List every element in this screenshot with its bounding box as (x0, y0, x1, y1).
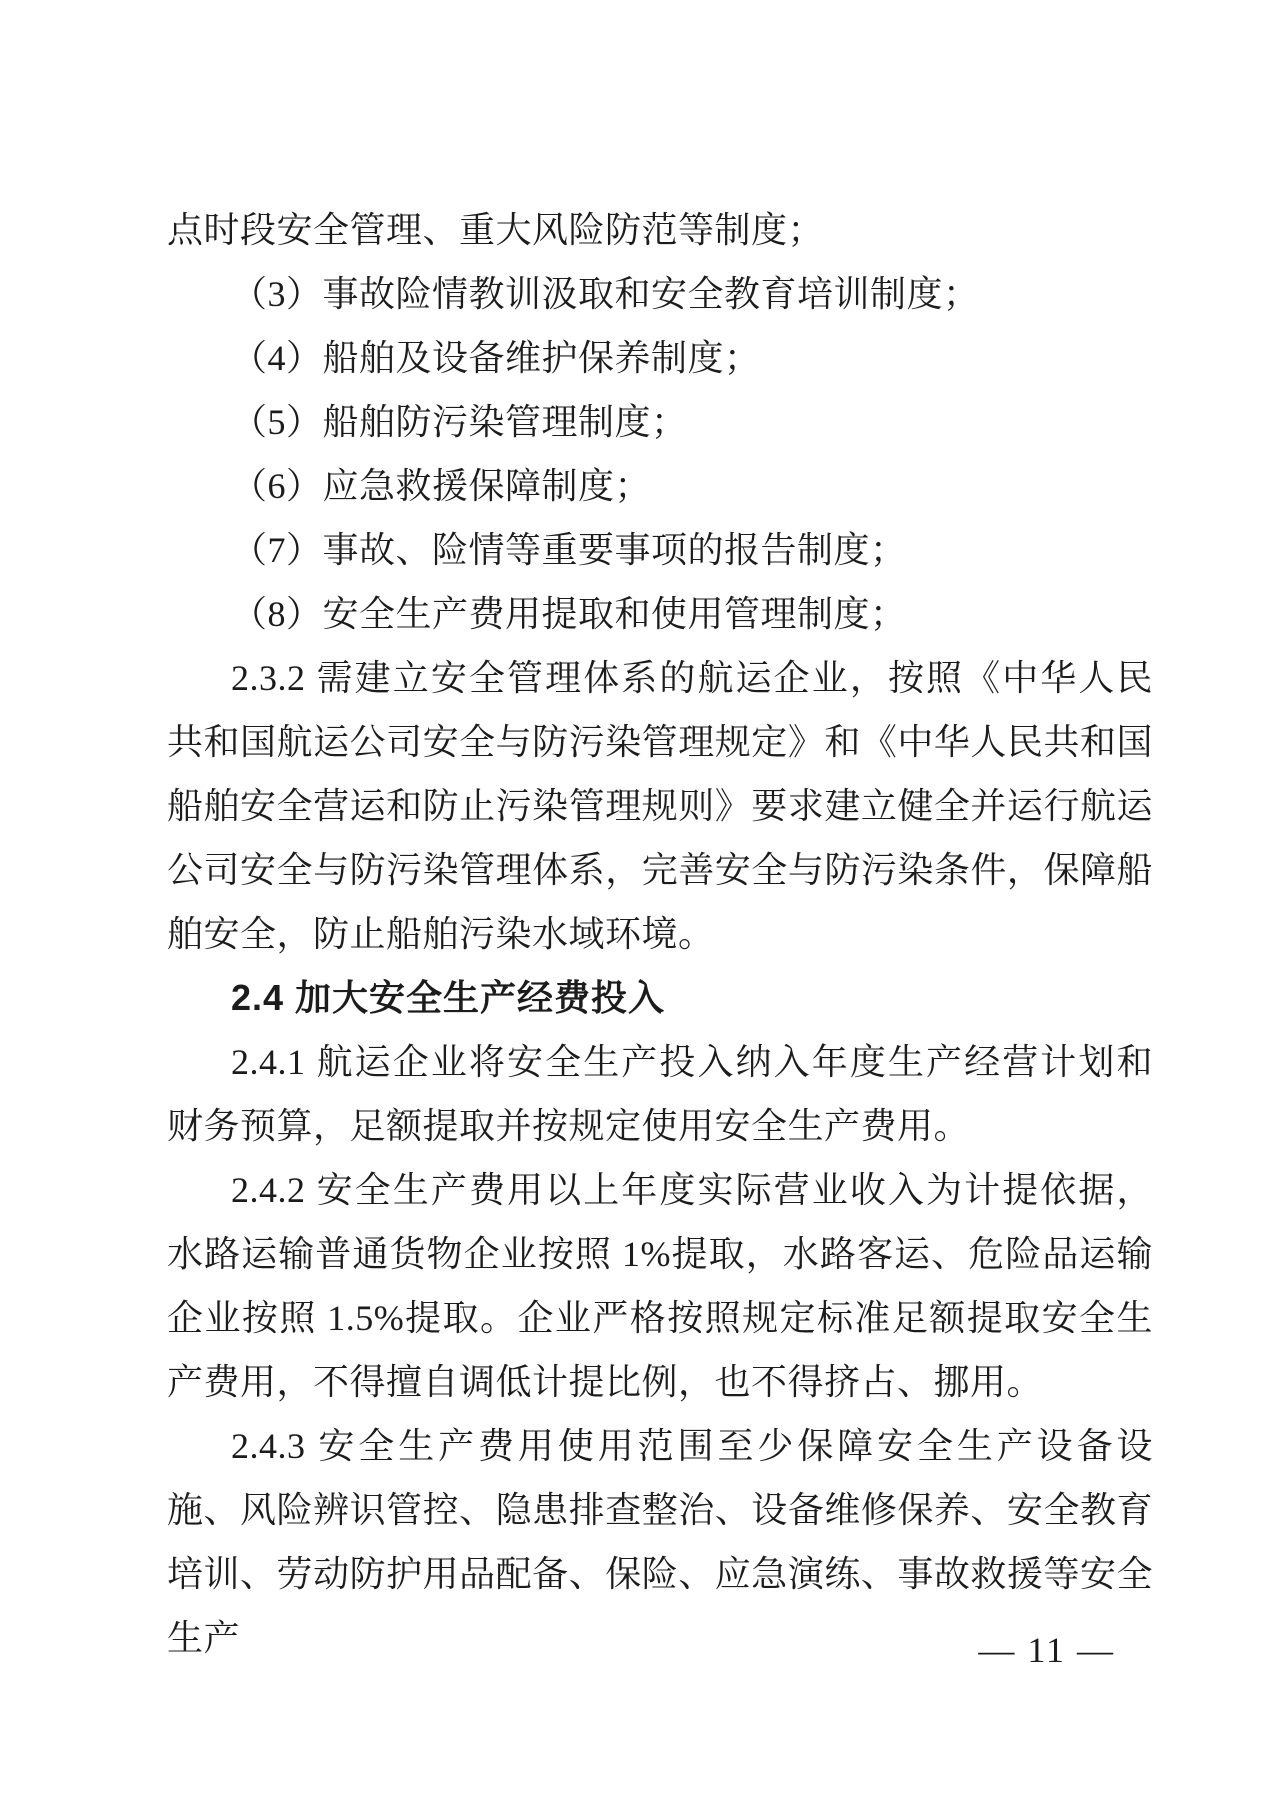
document-body: 点时段安全管理、重大风险防范等制度；（3）事故险情教训汲取和安全教育培训制度；（… (167, 198, 1153, 1670)
paragraph-continuation: 点时段安全管理、重大风险防范等制度； (167, 198, 1153, 262)
page-number: — 11 — (978, 1630, 1115, 1670)
list-item: （7）事故、险情等重要事项的报告制度； (167, 518, 1153, 582)
list-item: （8）安全生产费用提取和使用管理制度； (167, 582, 1153, 646)
list-item: （3）事故险情教训汲取和安全教育培训制度； (167, 262, 1153, 326)
paragraph: 2.3.2 需建立安全管理体系的航运企业，按照《中华人民共和国航运公司安全与防污… (167, 646, 1153, 966)
paragraph: 2.4.2 安全生产费用以上年度实际营业收入为计提依据，水路运输普通货物企业按照… (167, 1158, 1153, 1414)
list-item: （6）应急救援保障制度； (167, 454, 1153, 518)
list-item: （4）船舶及设备维护保养制度； (167, 326, 1153, 390)
paragraph: 2.4.1 航运企业将安全生产投入纳入年度生产经营计划和财务预算，足额提取并按规… (167, 1030, 1153, 1158)
document-page: 点时段安全管理、重大风险防范等制度；（3）事故险情教训汲取和安全教育培训制度；（… (0, 0, 1280, 1810)
section-heading: 2.4 加大安全生产经费投入 (167, 966, 1153, 1030)
list-item: （5）船舶防污染管理制度； (167, 390, 1153, 454)
